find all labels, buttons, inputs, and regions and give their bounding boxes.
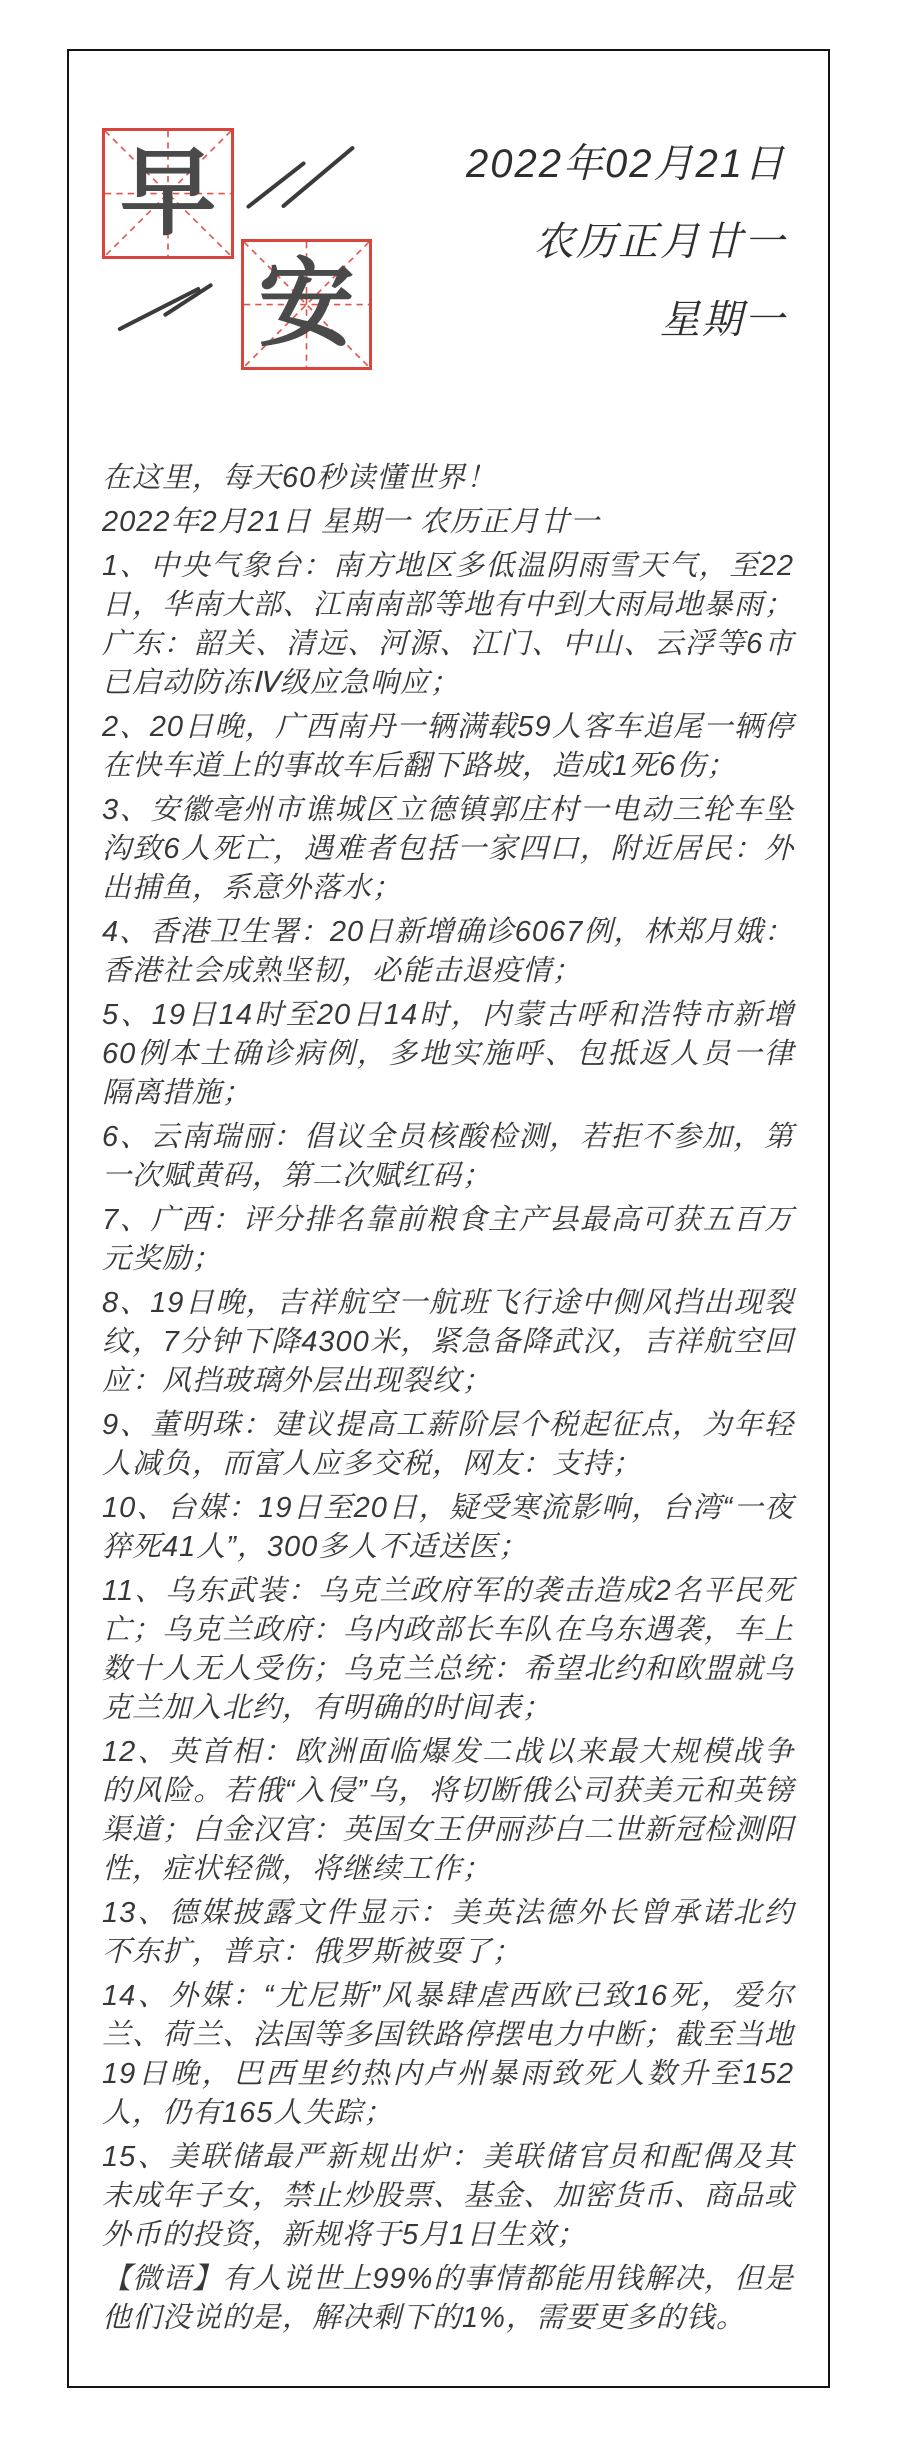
tagline: 在这里，每天60秒读懂世界！ — [102, 459, 794, 498]
logo-char-an: 安 — [244, 242, 369, 367]
news-item: 11、乌东武装：乌克兰政府军的袭击造成2名平民死亡；乌克兰政府：乌内政部长车队在… — [102, 1572, 794, 1728]
logo-box-an: 安 — [241, 239, 372, 370]
news-item: 2、20日晚，广西南丹一辆满载59人客车追尾一辆停在快车道上的事故车后翻下路坡，… — [102, 708, 794, 786]
date-lunar: 农历正月廿一 — [466, 203, 786, 281]
news-item: 12、英首相：欧洲面临爆发二战以来最大规模战争的风险。若俄“入侵”乌，将切断俄公… — [102, 1733, 794, 1889]
date-weekday: 星期一 — [466, 281, 786, 359]
date-heading: 2022年2月21日 星期一 农历正月廿一 — [102, 503, 794, 542]
slash-mark-icon — [117, 286, 201, 331]
logo-char-zao: 早 — [105, 131, 231, 256]
date-block: 2022年02月21日 农历正月廿一 星期一 — [466, 125, 786, 359]
news-item: 5、19日14时至20日14时，内蒙古呼和浩特市新增60例本土确诊病例，多地实施… — [102, 996, 794, 1113]
logo-box-zao: 早 — [102, 128, 234, 259]
news-item: 6、云南瑞丽：倡议全员核酸检测，若拒不参加，第一次赋黄码，第二次赋红码； — [102, 1118, 794, 1196]
border-frame: 早 安 2022年02月21日 农历正月廿一 星期一 — [67, 49, 830, 2388]
news-item: 3、安徽亳州市谯城区立德镇郭庄村一电动三轮车坠沟致6人死亡，遇难者包括一家四口，… — [102, 791, 794, 908]
news-item: 14、外媒：“尤尼斯”风暴肆虐西欧已致16死，爱尔兰、荷兰、法国等多国铁路停摆电… — [102, 1977, 794, 2133]
slash-mark-icon — [281, 145, 356, 208]
slash-mark-icon — [246, 161, 307, 210]
weiyu-quote: 【微语】有人说世上99%的事情都能用钱解决，但是他们没说的是，解决剩下的1%，需… — [102, 2260, 794, 2338]
news-item: 1、中央气象台：南方地区多低温阴雨雪天气，至22日，华南大部、江南南部等地有中到… — [102, 547, 794, 703]
date-gregorian: 2022年02月21日 — [466, 125, 786, 203]
news-item: 13、德媒披露文件显示：美英法德外长曾承诺北约不东扩，普京：俄罗斯被耍了； — [102, 1894, 794, 1972]
good-morning-news-poster: 早 安 2022年02月21日 农历正月廿一 星期一 — [0, 0, 900, 2440]
news-item: 4、香港卫生署：20日新增确诊6067例，林郑月娥：香港社会成熟坚韧，必能击退疫… — [102, 913, 794, 991]
news-item: 8、19日晚，吉祥航空一航班飞行途中侧风挡出现裂纹，7分钟下降4300米，紧急备… — [102, 1284, 794, 1401]
news-item: 9、董明珠：建议提高工薪阶层个税起征点，为年轻人减负，而富人应多交税，网友：支持… — [102, 1406, 794, 1484]
news-body: 在这里，每天60秒读懂世界！ 2022年2月21日 星期一 农历正月廿一 1、中… — [102, 459, 794, 2343]
news-item: 10、台媒：19日至20日，疑受寒流影响，台湾“一夜猝死41人”，300多人不适… — [102, 1489, 794, 1567]
news-list: 1、中央气象台：南方地区多低温阴雨雪天气，至22日，华南大部、江南南部等地有中到… — [102, 547, 794, 2255]
news-item: 15、美联储最严新规出炉：美联储官员和配偶及其未成年子女，禁止炒股票、基金、加密… — [102, 2138, 794, 2255]
news-item: 7、广西：评分排名靠前粮食主产县最高可获五百万元奖励； — [102, 1201, 794, 1279]
